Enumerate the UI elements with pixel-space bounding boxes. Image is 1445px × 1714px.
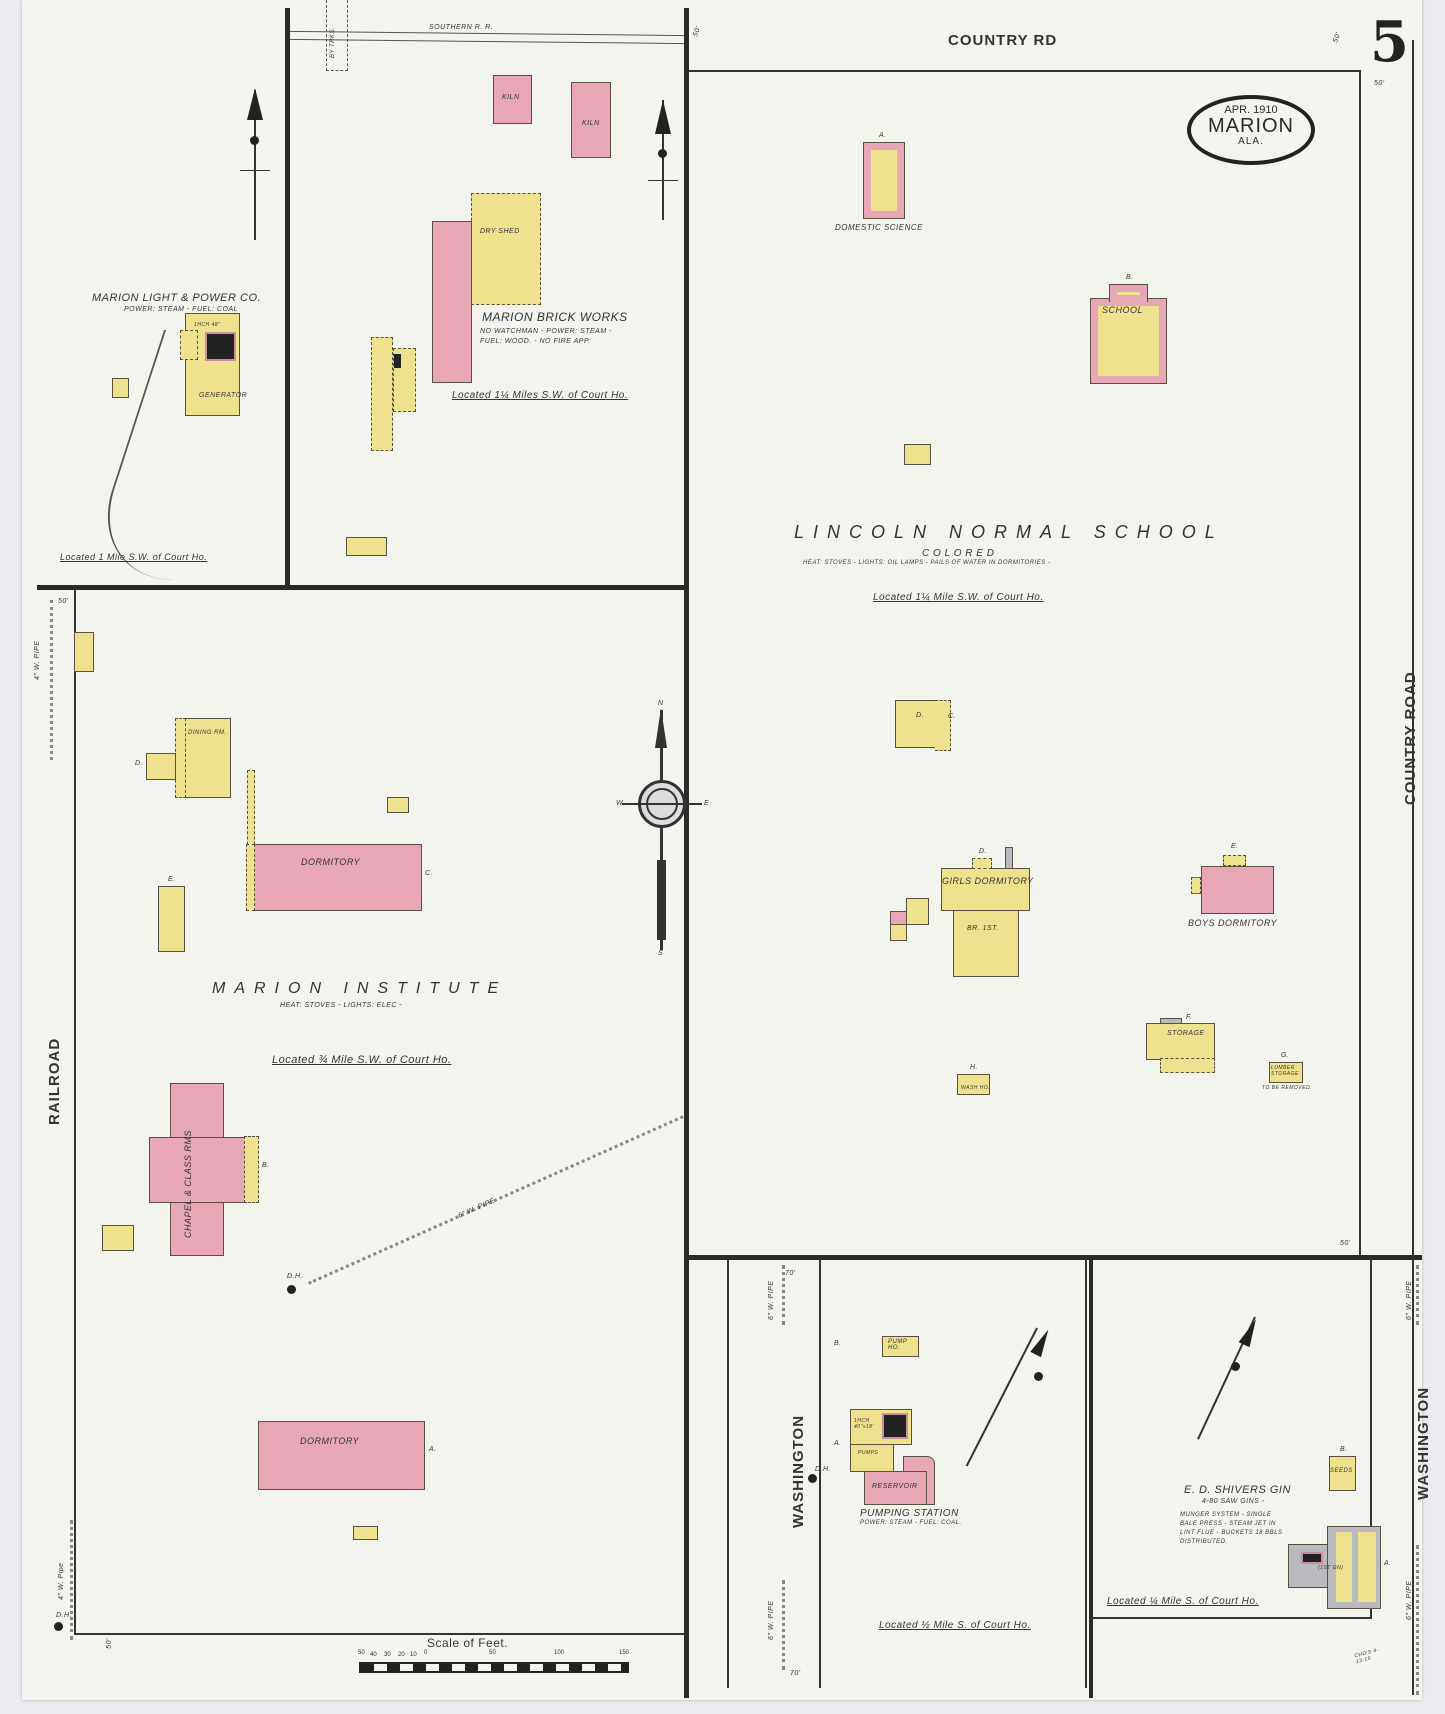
gin-details-1: MUNGER SYSTEM - SINGLE xyxy=(1180,1512,1271,1518)
small-outbuilding xyxy=(904,444,931,465)
pump-house-label: PUMP HO. xyxy=(888,1339,914,1351)
water-pipe-washington-mid-bottom xyxy=(782,1580,785,1670)
dim-label: 70' xyxy=(785,1270,796,1277)
washington-west-edge xyxy=(727,1258,729,1688)
dormitory-1 xyxy=(254,844,422,911)
scale-tick: 40 xyxy=(370,1652,377,1658)
storage-letter: F. xyxy=(1186,1014,1192,1021)
gin-name: E. D. SHIVERS GIN xyxy=(1184,1484,1291,1496)
boys-dormitory-side xyxy=(1191,877,1201,894)
small-outbuilding xyxy=(74,632,94,672)
rail-spur xyxy=(83,330,256,580)
pumping-station-name: PUMPING STATION xyxy=(860,1508,959,1519)
compass-rose-icon: N S W E xyxy=(622,700,702,960)
chapel-transept xyxy=(149,1137,245,1203)
pipe-label-wash-right-bottom: 6" W. PIPE xyxy=(1406,1580,1413,1620)
divider-vertical-lower-right xyxy=(1089,1258,1093,1698)
small-outbuilding xyxy=(353,1526,378,1540)
boiler-house-label: 1HCH 40"x18' xyxy=(854,1418,880,1430)
hydrant-label: D.H. xyxy=(815,1466,831,1473)
tracks-label: BY TRKS. xyxy=(330,27,336,58)
brick-works-details-2: FUEL: WOOD. - NO FIRE APP. xyxy=(480,338,591,345)
lincoln-school-name: LINCOLN NORMAL SCHOOL xyxy=(794,522,1224,543)
lincoln-location: Located 1¼ Mile S.W. of Court Ho. xyxy=(873,592,1044,603)
lincoln-colored: C O L O R E D xyxy=(922,548,994,559)
dining-room-porch xyxy=(175,718,186,798)
light-power-location: Located 1 Mile S.W. of Court Ho. xyxy=(60,552,207,562)
railroad-edge xyxy=(74,590,76,1635)
north-arrow-crossbar xyxy=(240,170,270,171)
reservoir-label: RESERVOIR xyxy=(872,1483,918,1490)
lincoln-details: HEAT: STOVES - LIGHTS: OIL LAMPS - PAILS… xyxy=(803,560,1050,566)
small-outbuilding xyxy=(112,378,129,398)
dim-label: 50' xyxy=(58,598,69,605)
building-c-porch xyxy=(935,700,951,751)
wash-house-letter: H. xyxy=(970,1064,978,1071)
gin-details-2: BALE PRESS - STEAM JET IN xyxy=(1180,1521,1276,1527)
scale-tick: 10 xyxy=(410,1652,417,1658)
pumping-letter-a: A. xyxy=(834,1440,842,1447)
light-power-details: POWER: STEAM - FUEL: COAL xyxy=(124,306,238,313)
north-arrow-dot xyxy=(250,136,259,145)
north-arrow-icon xyxy=(1239,1317,1262,1347)
pumps-building xyxy=(850,1444,894,1472)
girls-dormitory xyxy=(941,868,1030,911)
light-power-boiler-label: 1HCH 48" xyxy=(194,322,220,328)
map-sheet: COUNTRY RD 5 Apr. 1910 MARION ALA. 50' 5… xyxy=(22,0,1422,1700)
hydrant-icon xyxy=(54,1622,63,1631)
boys-dormitory-label: BOYS DORMITORY xyxy=(1188,918,1277,928)
pipe-label-wash-mid-bottom: 6" W. PIPE xyxy=(768,1600,775,1640)
chapel-annex xyxy=(244,1136,259,1203)
storage-label: STORAGE xyxy=(1167,1030,1205,1037)
street-country-road-right: COUNTRY ROAD xyxy=(1402,671,1419,805)
street-country-rd-top: COUNTRY RD xyxy=(948,32,1057,49)
small-outbuilding xyxy=(387,797,409,813)
north-arrow-dot xyxy=(1034,1372,1043,1381)
scale-tick: 100 xyxy=(554,1650,564,1656)
gin-location: Located ¼ Mile S. of Court Ho. xyxy=(1107,1596,1259,1607)
brick-works-name: MARION BRICK WORKS xyxy=(482,310,628,324)
country-road-right-edge xyxy=(1359,70,1361,1256)
institute-name: MARION INSTITUTE xyxy=(212,980,507,998)
pumping-letter-b: B. xyxy=(834,1340,842,1347)
pumping-station-details: POWER: STEAM - FUEL: COAL. xyxy=(860,1520,962,1526)
boys-dormitory-porch xyxy=(1223,855,1246,866)
north-arrow-icon xyxy=(655,100,671,134)
girls-dorm-annex-brick xyxy=(890,911,907,925)
dining-room-label: DINING RM. xyxy=(188,730,227,736)
boys-dormitory-letter: E. xyxy=(1231,843,1239,850)
girls-dormitory-stairs xyxy=(1005,847,1013,869)
kiln-1-label: KILN xyxy=(502,94,520,101)
hydrant-label: D.H. xyxy=(287,1273,303,1280)
scale-tick: 50 xyxy=(358,1650,365,1656)
light-power-name: MARION LIGHT & POWER CO. xyxy=(92,292,261,304)
gin-details-4: DISTRIBUTED. xyxy=(1180,1539,1228,1545)
hydrant-icon xyxy=(287,1285,296,1294)
wash-house-label: WASH HO. xyxy=(961,1085,990,1091)
cartouche-town: MARION xyxy=(1191,116,1311,136)
country-rd-top-edge xyxy=(689,70,1361,72)
north-arrow-shaft xyxy=(966,1328,1038,1467)
pumping-east-edge xyxy=(1085,1258,1087,1688)
street-washington-right: WASHINGTON xyxy=(1415,1387,1432,1500)
boys-dormitory xyxy=(1201,866,1274,914)
building-d xyxy=(895,700,937,748)
north-arrow-dot xyxy=(1231,1362,1240,1371)
domestic-science-building xyxy=(863,142,905,219)
sheet-number: 5 xyxy=(1370,14,1409,70)
gin-boiler-icon xyxy=(1301,1552,1323,1564)
street-washington-mid: WASHINGTON xyxy=(790,1415,807,1528)
institute-bottom-edge xyxy=(74,1633,684,1635)
compass-w: W xyxy=(616,800,623,807)
small-outbuilding xyxy=(102,1225,134,1251)
dim-label: 50' xyxy=(1340,1240,1351,1247)
gin-letter-a: A. xyxy=(1384,1560,1392,1567)
hydrant-label: D.H. xyxy=(56,1612,72,1619)
scale-tick: 20 xyxy=(398,1652,405,1658)
dim-label: 50' xyxy=(106,1638,113,1649)
washington-east-edge xyxy=(819,1258,821,1688)
girls-dormitory-letter: D. xyxy=(979,848,987,855)
compass-s: S xyxy=(658,950,663,957)
dormitory-1-label: DORMITORY xyxy=(301,857,360,867)
scale-tick: 30 xyxy=(384,1652,391,1658)
domestic-science-letter: A. xyxy=(879,132,887,139)
dry-shed-label: DRY SHED xyxy=(480,228,520,235)
scale-tick: 0 xyxy=(424,1650,427,1656)
seed-house-letter: B. xyxy=(1340,1446,1348,1453)
engine-room xyxy=(371,337,393,451)
brick-works-details-1: NO WATCHMAN - POWER: STEAM - xyxy=(480,328,612,335)
building-e-letter: E. xyxy=(168,876,176,883)
gin-details-3: LINT FLUE - BUCKETS 18 BBLS xyxy=(1180,1530,1283,1536)
storage-building xyxy=(1146,1023,1215,1060)
dormitory-2-label: DORMITORY xyxy=(300,1436,359,1446)
north-arrow-dot xyxy=(658,149,667,158)
street-railroad: RAILROAD xyxy=(46,1038,63,1125)
scale-title: Scale of Feet. xyxy=(427,1636,508,1650)
dim-label: 50' xyxy=(692,25,702,37)
brick-machine-icon xyxy=(394,354,401,368)
water-pipe-institute xyxy=(308,1115,684,1285)
school-letter: B. xyxy=(1126,274,1134,281)
cartouche: Apr. 1910 MARION ALA. xyxy=(1187,95,1315,165)
dim-label: 50' xyxy=(1374,80,1385,87)
pipe-label-institute: 6" W. PIPE xyxy=(457,1197,496,1219)
dormitory-2-letter: A. xyxy=(429,1446,437,1453)
school-building-front xyxy=(1109,284,1148,302)
checked-stamp: CHD'S 4-13-10 xyxy=(1354,1647,1382,1665)
divider-vertical-upper-left xyxy=(285,8,290,586)
institute-details: HEAT: STOVES - LIGHTS: ELEC - xyxy=(280,1002,402,1009)
dim-label: 70' xyxy=(790,1670,801,1677)
girls-dormitory-porch xyxy=(972,858,992,869)
scale-tick: 50 xyxy=(489,1650,496,1656)
southern-railroad-label: SOUTHERN R. R. xyxy=(429,24,493,31)
gin-bottom-edge xyxy=(1093,1617,1372,1619)
pumping-location: Located ½ Mile S. of Court Ho. xyxy=(879,1620,1031,1631)
girls-dormitory-label: GIRLS DORMITORY xyxy=(942,876,1034,886)
north-arrow-crossbar xyxy=(648,180,678,181)
dining-room-wing xyxy=(146,753,176,780)
building-e xyxy=(158,886,185,952)
storage-steps xyxy=(1160,1018,1182,1024)
institute-location: Located ¾ Mile S.W. of Court Ho. xyxy=(272,1054,451,1066)
water-pipe-left xyxy=(50,600,53,760)
scale-tick: 150 xyxy=(619,1650,629,1656)
cartouche-state: ALA. xyxy=(1191,136,1311,147)
southern-railroad-track xyxy=(290,31,684,44)
lumber-storage-letter: G. xyxy=(1281,1052,1289,1059)
pipe-label-left-bottom: 4" W. Pipe xyxy=(58,1562,65,1600)
hydrant-icon xyxy=(808,1474,817,1483)
dormitory-1-letter: C. xyxy=(425,870,433,877)
dry-shed xyxy=(471,193,541,305)
lumber-storage-label: LUMBER STORAGE xyxy=(1271,1065,1301,1077)
brick-shed xyxy=(432,221,472,383)
dining-room-letter: D. xyxy=(135,760,143,767)
school-label: SCHOOL xyxy=(1102,305,1143,315)
water-pipe-washington-right xyxy=(1416,1265,1419,1325)
pumps-label: PUMPS xyxy=(858,1450,878,1456)
pipe-label-wash-right-top: 6" W. PIPE xyxy=(1406,1280,1413,1320)
building-c-letter: C. xyxy=(948,713,956,720)
scale-ticks: 50 40 30 20 10 0 50 100 150 xyxy=(334,1650,634,1660)
lumber-storage-note: TO BE REMOVED. xyxy=(1262,1085,1312,1091)
chapel-label: CHAPEL & CLASS RMS xyxy=(183,1130,193,1238)
divider-horizontal-right xyxy=(685,1255,1422,1260)
pipe-label-left-top: 4" W. PIPE xyxy=(34,640,41,680)
dim-label: 50' xyxy=(1332,31,1342,43)
gin-subtitle: 4-80 SAW GINS - xyxy=(1202,1498,1265,1505)
compass-n: N xyxy=(658,700,664,707)
girls-dormitory-wing xyxy=(953,910,1019,977)
right-page-edge-line xyxy=(1412,40,1414,1695)
chapel-annex-letter: B. xyxy=(262,1162,270,1169)
girls-dormitory-br1st: BR. 1ST. xyxy=(967,925,999,932)
kiln-2-label: KILN xyxy=(582,120,600,127)
divider-horizontal-left xyxy=(37,585,687,590)
north-arrow-icon xyxy=(247,88,263,120)
brick-works-location: Located 1¼ Miles S.W. of Court Ho. xyxy=(452,390,628,401)
storage-annex xyxy=(1160,1058,1215,1073)
compass-e: E xyxy=(704,800,709,807)
gin-building-label: (1ST GN) xyxy=(1318,1565,1343,1571)
gin-main-floor-2 xyxy=(1358,1532,1376,1602)
pipe-label-wash-mid-top: 6" W. PIPE xyxy=(768,1280,775,1320)
dormitory-2 xyxy=(258,1421,425,1490)
water-pipe-washington-right-bottom xyxy=(1416,1545,1419,1695)
dormitory-1-porch xyxy=(246,844,255,911)
building-d-letter: D. xyxy=(916,712,924,719)
small-outbuilding xyxy=(346,537,387,556)
seed-house-label: SEEDS xyxy=(1330,1468,1353,1474)
boiler-icon xyxy=(882,1413,908,1439)
girls-dorm-annex xyxy=(906,898,929,925)
scale-bar xyxy=(359,1662,629,1673)
domestic-science-label: DOMESTIC SCIENCE xyxy=(835,223,923,232)
water-pipe-left-bottom xyxy=(70,1520,73,1640)
